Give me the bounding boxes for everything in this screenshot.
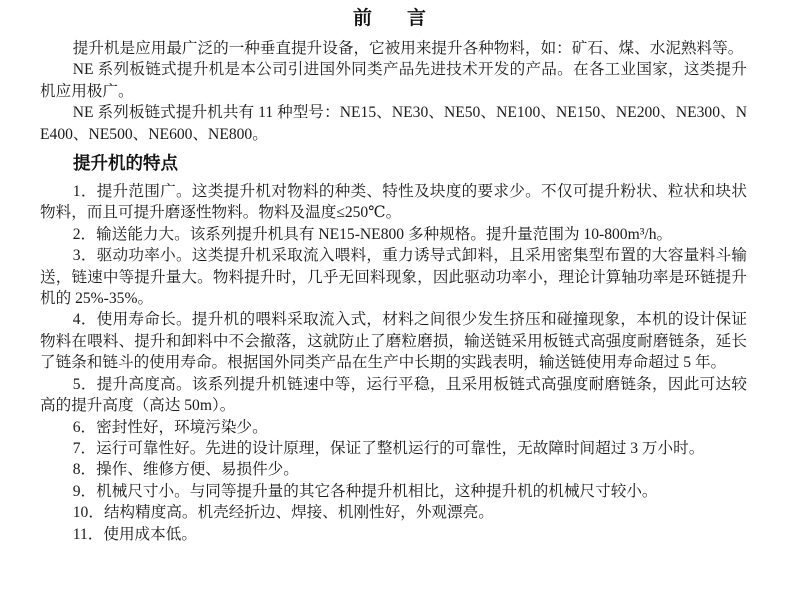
intro-paragraph: 提升机是应用最广泛的一种垂直提升设备，它被用来提升各种物料，如：矿石、煤、水泥熟… — [40, 38, 747, 59]
feature-item: 3．驱动功率小。这类提升机采取流入喂料，重力诱导式卸料，且采用密集型布置的大容量… — [40, 245, 747, 309]
intro-paragraph: NE 系列板链式提升机共有 11 种型号：NE15、NE30、NE50、NE10… — [40, 102, 747, 145]
page-title: 前 言 — [40, 6, 747, 32]
feature-item: 5．提升高度高。该系列提升机链速中等，运行平稳，且采用板链式高强度耐磨链条，因此… — [40, 374, 747, 417]
feature-item: 1．提升范围广。这类提升机对物料的种类、特性及块度的要求少。不仅可提升粉状、粒状… — [40, 181, 747, 224]
feature-item: 4．使用寿命长。提升机的喂料采取流入式，材料之间很少发生挤压和碰撞现象，本机的设… — [40, 309, 747, 373]
feature-item: 8．操作、维修方便、易损件少。 — [40, 459, 747, 480]
feature-item: 6．密封性好，环境污染少。 — [40, 417, 747, 438]
document-page: 前 言 提升机是应用最广泛的一种垂直提升设备，它被用来提升各种物料，如：矿石、煤… — [0, 0, 787, 589]
section-heading-features: 提升机的特点 — [40, 150, 747, 176]
feature-item: 11．使用成本低。 — [40, 524, 747, 545]
feature-item: 2．输送能力大。该系列提升机具有 NE15-NE800 多种规格。提升量范围为 … — [40, 224, 747, 245]
feature-item: 9．机械尺寸小。与同等提升量的其它各种提升机相比，这种提升机的机械尺寸较小。 — [40, 481, 747, 502]
feature-item: 10．结构精度高。机壳经折边、焊接、机刚性好，外观漂亮。 — [40, 502, 747, 523]
intro-paragraph: NE 系列板链式提升机是本公司引进国外同类产品先进技术开发的产品。在各工业国家，… — [40, 59, 747, 102]
feature-item: 7．运行可靠性好。先进的设计原理，保证了整机运行的可靠性，无故障时间超过 3 万… — [40, 438, 747, 459]
